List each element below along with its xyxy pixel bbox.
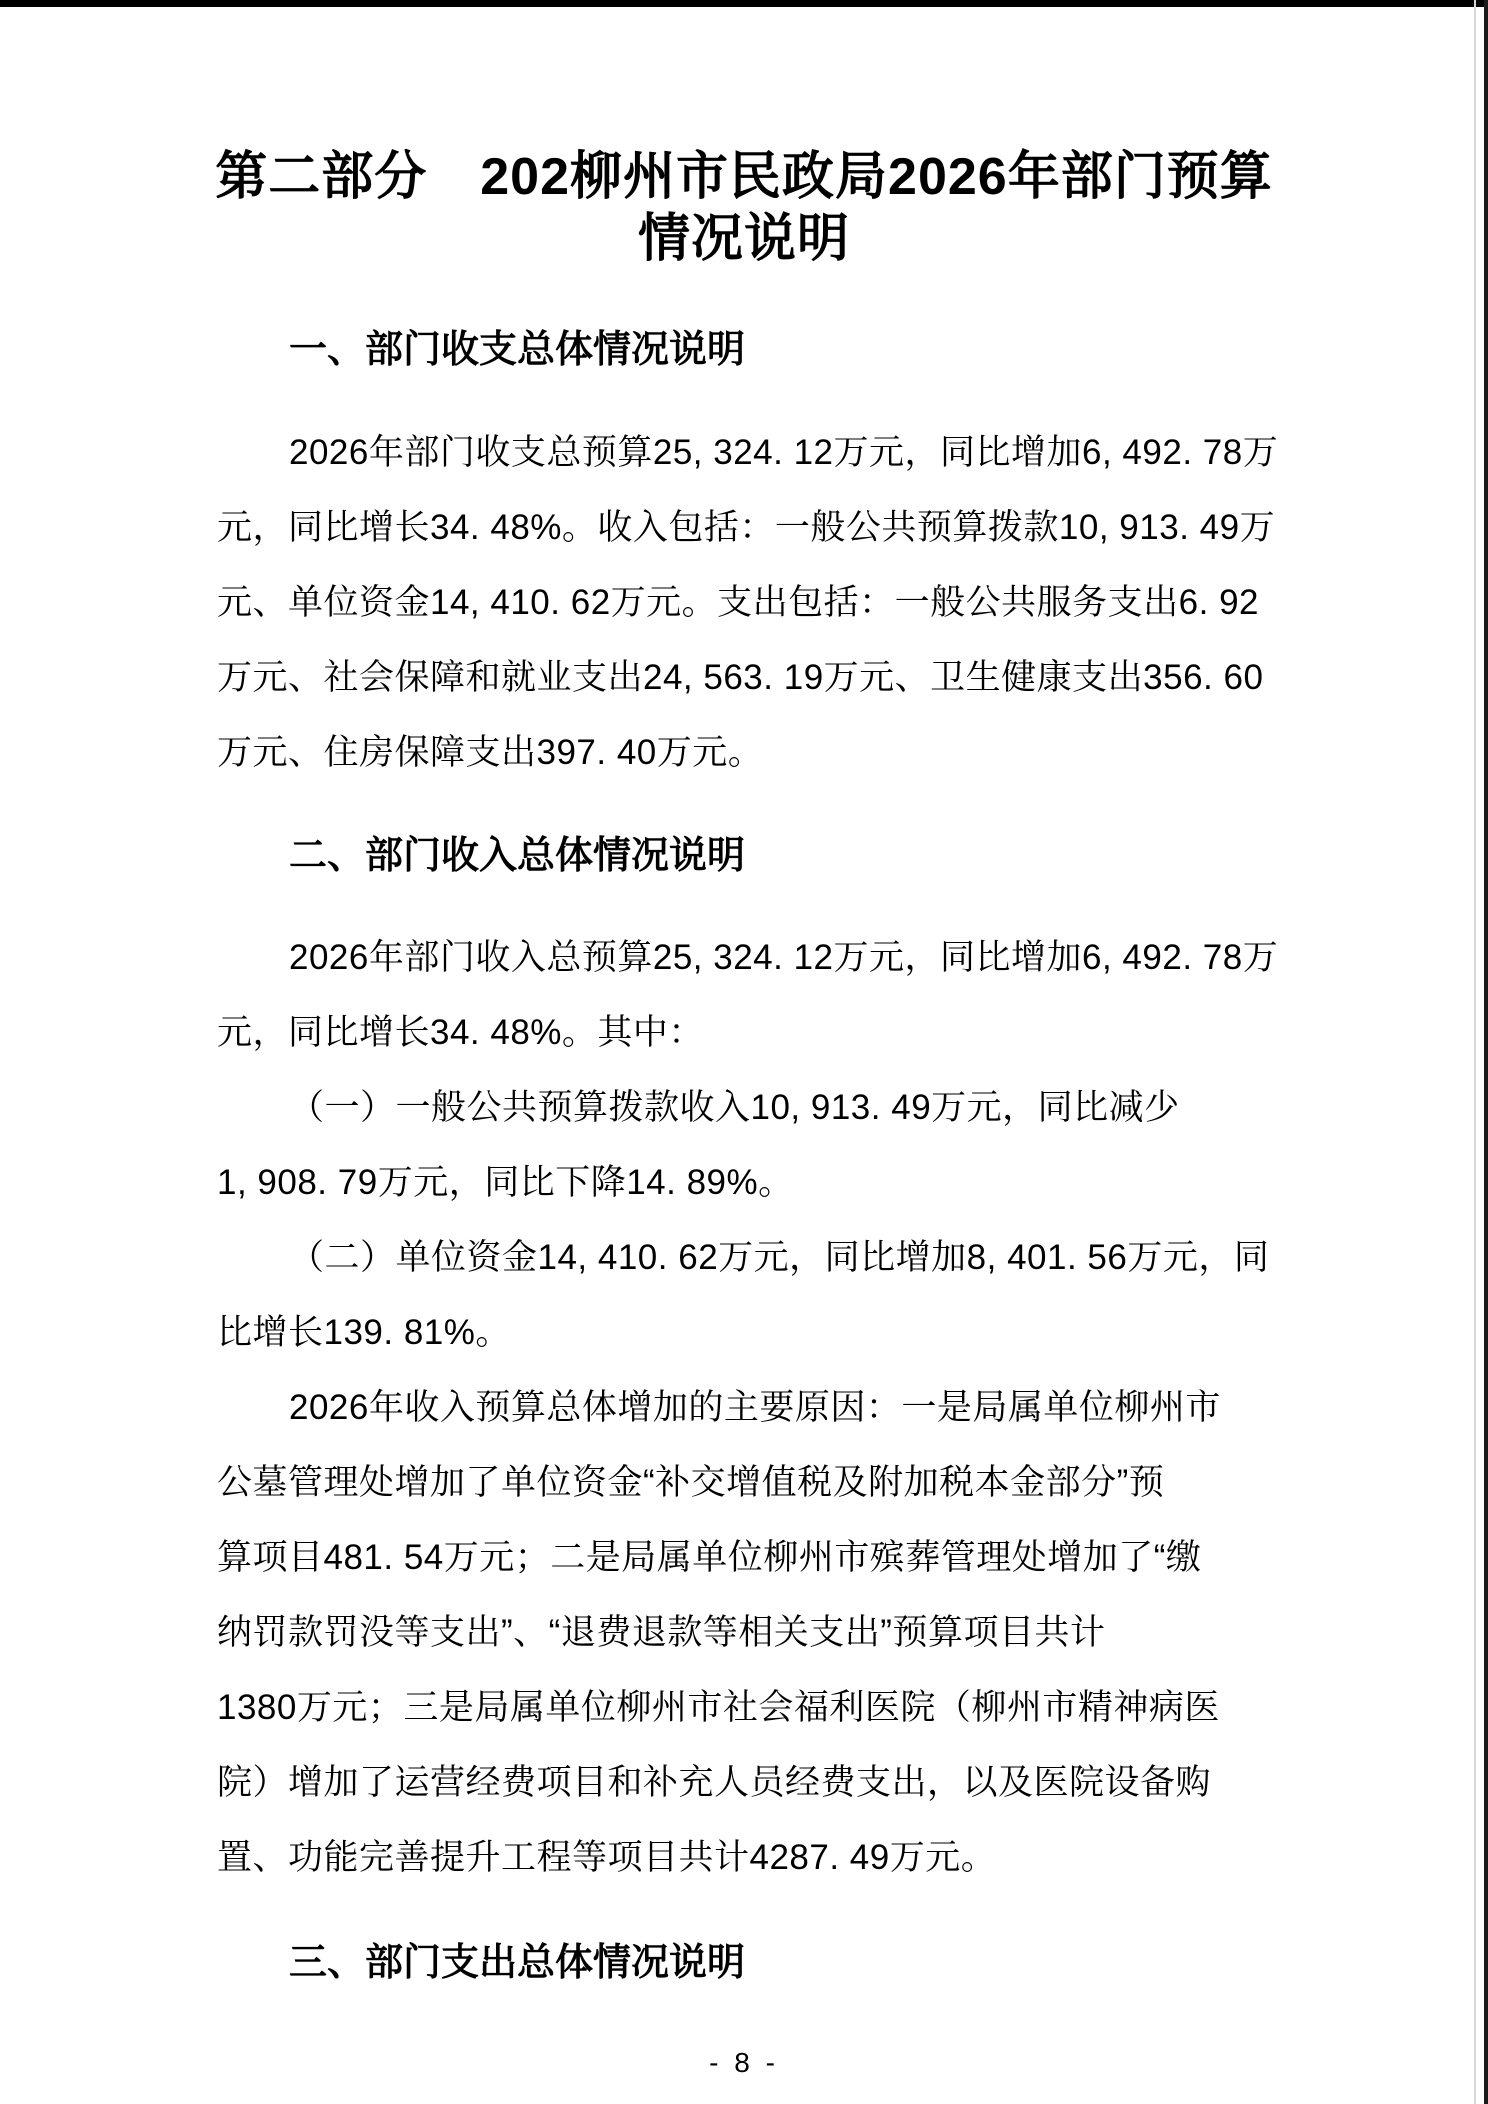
paragraph-overview: 2026年部门收支总预算25, 324. 12万元，同比增加6, 492. 78… — [217, 415, 1317, 790]
text-line: 置、功能完善提升工程等项目共计4287. 49万元。 — [217, 1820, 1317, 1895]
text-line: 元，同比增长34. 48%。收入包括：一般公共预算拨款10, 913. 49万 — [217, 490, 1317, 565]
paragraph-income-item-2: （二）单位资金14, 410. 62万元，同比增加8, 401. 56万元，同 … — [217, 1220, 1317, 1370]
section-heading-3: 三、部门支出总体情况说明 — [217, 1938, 745, 1988]
text-line: 2026年收入预算总体增加的主要原因：一是局属单位柳州市 — [217, 1370, 1317, 1445]
text-line: 比增长139. 81%。 — [217, 1295, 1317, 1370]
text-line: 万元、社会保障和就业支出24, 563. 19万元、卫生健康支出356. 60 — [217, 640, 1317, 715]
text-line: 1, 908. 79万元，同比下降14. 89%。 — [217, 1145, 1317, 1220]
document-page: 第二部分 202柳州市民政局2026年部门预算 情况说明 一、部门收支总体情况说… — [0, 0, 1488, 2104]
section-heading-2: 二、部门收入总体情况说明 — [217, 831, 745, 881]
paragraph-income-reasons: 2026年收入预算总体增加的主要原因：一是局属单位柳州市 公墓管理处增加了单位资… — [217, 1370, 1317, 1895]
paragraph-income-item-1: （一）一般公共预算拨款收入10, 913. 49万元，同比减少 1, 908. … — [217, 1070, 1317, 1220]
document-title: 第二部分 202柳州市民政局2026年部门预算 情况说明 — [0, 146, 1488, 270]
text-line: 2026年部门收入总预算25, 324. 12万元，同比增加6, 492. 78… — [217, 920, 1317, 995]
text-line: 元、单位资金14, 410. 62万元。支出包括：一般公共服务支出6. 92 — [217, 565, 1317, 640]
text-line: 万元、住房保障支出397. 40万元。 — [217, 715, 1317, 790]
document-title-line-1: 第二部分 202柳州市民政局2026年部门预算 — [0, 146, 1488, 208]
text-line: 1380万元；三是局属单位柳州市社会福利医院（柳州市精神病医 — [217, 1670, 1317, 1745]
text-line: 算项目481. 54万元；二是局属单位柳州市殡葬管理处增加了“缴 — [217, 1520, 1317, 1595]
income-section-paragraphs: 2026年部门收入总预算25, 324. 12万元，同比增加6, 492. 78… — [217, 920, 1317, 1895]
text-line: 公墓管理处增加了单位资金“补交增值税及附加税本金部分”预 — [217, 1445, 1317, 1520]
scan-right-edge — [1484, 0, 1488, 2104]
page-number: - 8 - — [0, 2045, 1488, 2081]
text-line: （二）单位资金14, 410. 62万元，同比增加8, 401. 56万元，同 — [217, 1220, 1317, 1295]
paragraph-income-total: 2026年部门收入总预算25, 324. 12万元，同比增加6, 492. 78… — [217, 920, 1317, 1070]
text-line: 纳罚款罚没等支出”、“退费退款等相关支出”预算项目共计 — [217, 1595, 1317, 1670]
text-line: （一）一般公共预算拨款收入10, 913. 49万元，同比减少 — [217, 1070, 1317, 1145]
scan-top-edge — [0, 0, 1488, 7]
text-line: 院）增加了运营经费项目和补充人员经费支出，以及医院设备购 — [217, 1745, 1317, 1820]
section-heading-1: 一、部门收支总体情况说明 — [217, 325, 745, 375]
text-line: 元，同比增长34. 48%。其中： — [217, 995, 1317, 1070]
scan-right-edge-faint — [1474, 0, 1476, 2104]
document-title-line-2: 情况说明 — [0, 208, 1488, 270]
text-line: 2026年部门收支总预算25, 324. 12万元，同比增加6, 492. 78… — [217, 415, 1317, 490]
